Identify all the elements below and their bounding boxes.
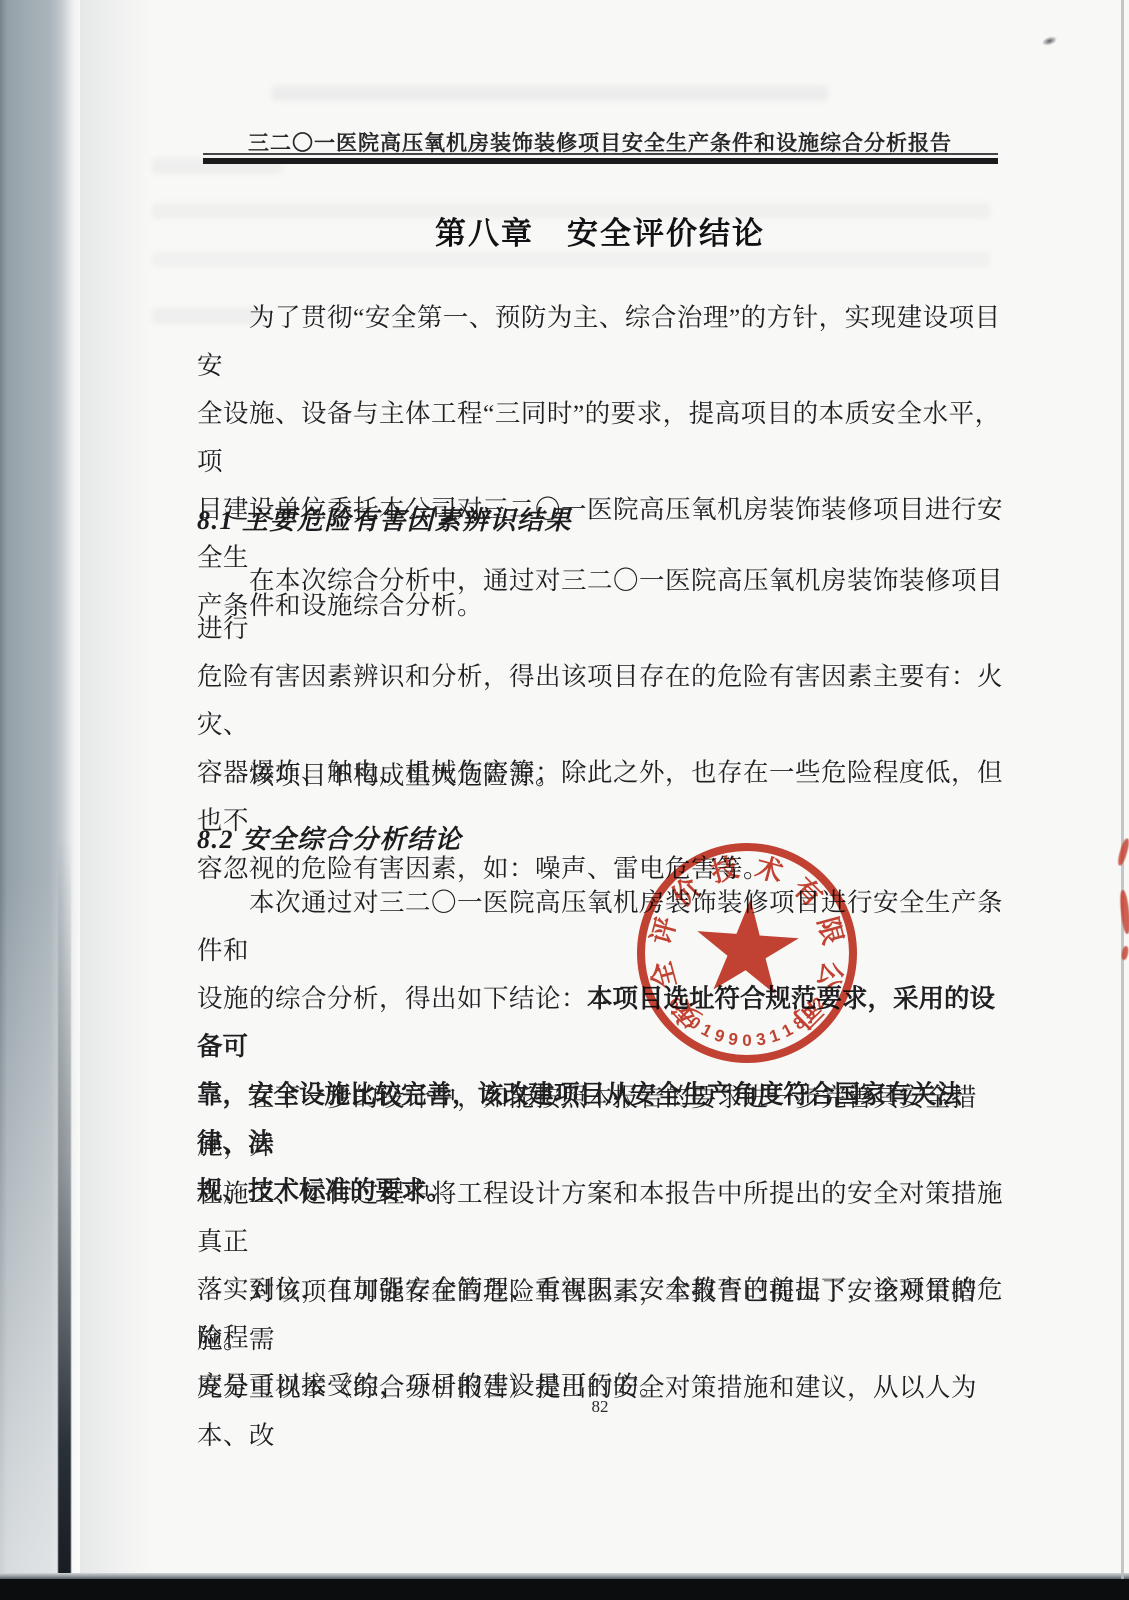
page-number: 82: [197, 1396, 1003, 1418]
section-heading-8-2: 8.2 安全综合分析结论: [197, 816, 1009, 864]
paragraph-no-major-hazard: 该项目不构成重大危险源。: [197, 752, 1009, 800]
page-curvature-shading: [80, 0, 150, 1600]
seal-serial-digit: 9: [725, 1030, 742, 1050]
header-rule-thin: [203, 153, 998, 155]
bleed-through-text: [272, 86, 828, 101]
scan-right-edge-line: [1121, 0, 1124, 1579]
company-seal: 安全评价技术有限公司 6101990311892: [637, 843, 857, 1063]
scanned-page: 三二〇一医院高压氧机房装饰装修项目安全生产条件和设施综合分析报告 第八章 安全评…: [0, 0, 1129, 1600]
seal-edge-fragment: [1116, 838, 1129, 867]
ink-smudge: [1041, 35, 1058, 47]
section-heading-8-1: 8.1 主要危险有害因素辨识结果: [197, 497, 1009, 545]
page-edge-shadow: [58, 840, 71, 1580]
scan-bottom-band: [0, 1579, 1129, 1600]
header-rule-thick: [203, 158, 998, 164]
paragraph-countermeasures: 对该项目可能存在的危险有害因素，本报告已提出了安全对策措施。需 充分重视本《综合…: [197, 1268, 1009, 1460]
chapter-title: 第八章 安全评价结论: [197, 212, 1003, 256]
seal-serial-digit: 0: [740, 1032, 754, 1050]
seal-edge-fragment: [1121, 946, 1129, 961]
